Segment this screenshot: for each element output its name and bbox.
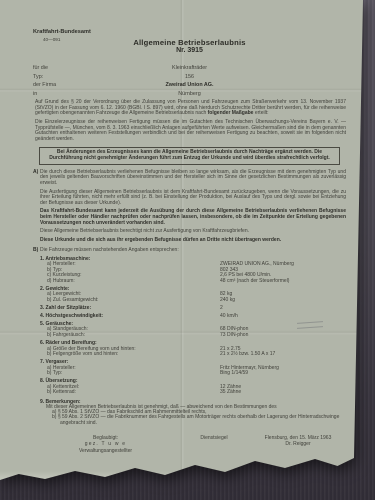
spec-row: b) Felgengröße vorn und hinten:21 x 2½ b… <box>33 352 346 358</box>
spec-label: d) Hubraum: <box>47 278 75 284</box>
spec-row: 3. Zahl der Sitzplätze:2 <box>33 306 346 312</box>
title-block: Allgemeine Betriebserlaubnis Nr. 3915 <box>33 40 346 53</box>
company-city: Nürnberg <box>33 90 346 99</box>
intro-paragraph-1: Auf Grund des § 20 der Verordnung über d… <box>35 100 346 117</box>
signature-role: Verwaltungsangestellter <box>33 448 178 454</box>
paper-wrap: Kraftfahrt-Bundesamt 40—091 Allgemeine B… <box>0 0 375 500</box>
spec-value: Bing 1/14/59 <box>220 371 248 377</box>
spec-value: 35 Zähne <box>220 390 241 396</box>
official-signature: Dr. Reigger <box>250 441 346 447</box>
seal-placeholder: Dienstsiegel <box>178 435 250 454</box>
spec-label: b) Felgengröße vorn und hinten: <box>47 351 118 357</box>
spec-value: 21 x 2½ bzw. 1.50 A x 17 <box>220 352 275 358</box>
document-number: Nr. 3915 <box>33 48 346 54</box>
vehicle-type: 156 <box>33 73 346 82</box>
notice-box: Bei Änderungen des Erzeugnisses kann die… <box>39 147 340 165</box>
spec-value: 40 km/h <box>220 314 238 320</box>
agency-name: Kraftfahrt-Bundesamt <box>33 30 91 36</box>
section-b-intro: B) Die Fahrzeuge müssen nachstehenden An… <box>40 248 346 254</box>
spec-value: 240 kg <box>220 298 235 304</box>
paragraph-text: Die Fahrzeuge müssen nachstehenden Angab… <box>40 247 179 253</box>
spec-row: b) Typ:Bing 1/14/59 <box>33 371 346 377</box>
place-date-block: Flensburg, den 15. März 1963 Dr. Reigger <box>250 435 346 454</box>
spec-row: d) Hubraum:48 cm³ (nach der Steuerformel… <box>33 279 346 285</box>
paragraph-text: Die durch diese Betriebserlaubnis verlie… <box>40 169 346 186</box>
section-a-paragraph: Diese Urkunde und die sich aus ihr ergeb… <box>40 238 346 244</box>
intro-text: Auf Grund des § 20 der Verordnung über d… <box>35 99 346 116</box>
spec-label: b) Fahrgeräusch: <box>47 332 85 338</box>
subject-block: für die Typ: der Firma in Kleinkrafträde… <box>33 64 346 100</box>
remark-item: b) § 59 Abs. 2 StVZO — die Fabriknummer … <box>33 415 346 426</box>
spec-row: b) Kettenrad:35 Zähne <box>33 390 346 396</box>
remarks-section: 9. Bemerkungen: Mit dieser Allgemeinen B… <box>33 399 346 426</box>
spec-label: b) Kettenrad: <box>47 389 76 395</box>
vehicle-class: Kleinkrafträder <box>33 64 346 73</box>
company-name: Zweirad Union AG. <box>33 81 346 90</box>
spec-value: 2 <box>220 306 223 312</box>
document-footer: Beglaubigt: gez. T u w e Verwaltungsange… <box>33 435 346 454</box>
spec-label: 4. Höchstgeschwindigkeit: <box>40 313 103 319</box>
spec-row: 4. Höchstgeschwindigkeit:40 km/h <box>33 314 346 320</box>
section-b-marker: B) <box>33 248 38 254</box>
intro-text-end: erteilt: <box>253 110 268 116</box>
spec-list: 1. Antriebsmaschine: a) Hersteller:ZWEIR… <box>33 257 346 396</box>
spec-label: b) Typ: <box>47 370 62 376</box>
section-a-paragraph: Das Kraftfahrt-Bundesamt kann jederzeit … <box>40 209 346 226</box>
spec-row: b) Zul. Gesamtgewicht:240 kg <box>33 298 346 304</box>
section-a-marker: A) <box>33 170 38 176</box>
spec-label: 3. Zahl der Sitzplätze: <box>40 305 91 311</box>
intro-bold-phrase: folgender Maßgabe <box>208 110 254 116</box>
spec-row: b) Fahrgeräusch:73 DIN-phon <box>33 333 346 339</box>
certification-block: Beglaubigt: gez. T u w e Verwaltungsange… <box>33 435 178 454</box>
document-title: Allgemeine Betriebserlaubnis <box>33 40 346 46</box>
photo-background: Kraftfahrt-Bundesamt 40—091 Allgemeine B… <box>0 0 375 500</box>
section-a-paragraph: Die Ausfertigung dieser Allgemeinen Betr… <box>40 190 346 207</box>
subject-values: Kleinkrafträder 156 Zweirad Union AG. Nü… <box>33 64 346 98</box>
intro-paragraph-2: Die Einzelerzeugnisse der reihenweisen F… <box>35 120 346 142</box>
torn-edge-highlight <box>0 471 353 483</box>
section-a-paragraph: A) Die durch diese Betriebserlaubnis ver… <box>40 170 346 187</box>
document-paper: Kraftfahrt-Bundesamt 40—091 Allgemeine B… <box>0 0 375 500</box>
document-content: Kraftfahrt-Bundesamt 40—091 Allgemeine B… <box>33 24 346 454</box>
section-a-paragraph: Diese Allgemeine Betriebserlaubnis berec… <box>40 229 346 235</box>
document-header: Kraftfahrt-Bundesamt 40—091 Allgemeine B… <box>33 24 346 64</box>
spec-label: b) Zul. Gesamtgewicht: <box>47 297 98 303</box>
spec-value: 48 cm³ (nach der Steuerformel) <box>220 279 289 285</box>
spec-value: 73 DIN-phon <box>220 333 248 339</box>
